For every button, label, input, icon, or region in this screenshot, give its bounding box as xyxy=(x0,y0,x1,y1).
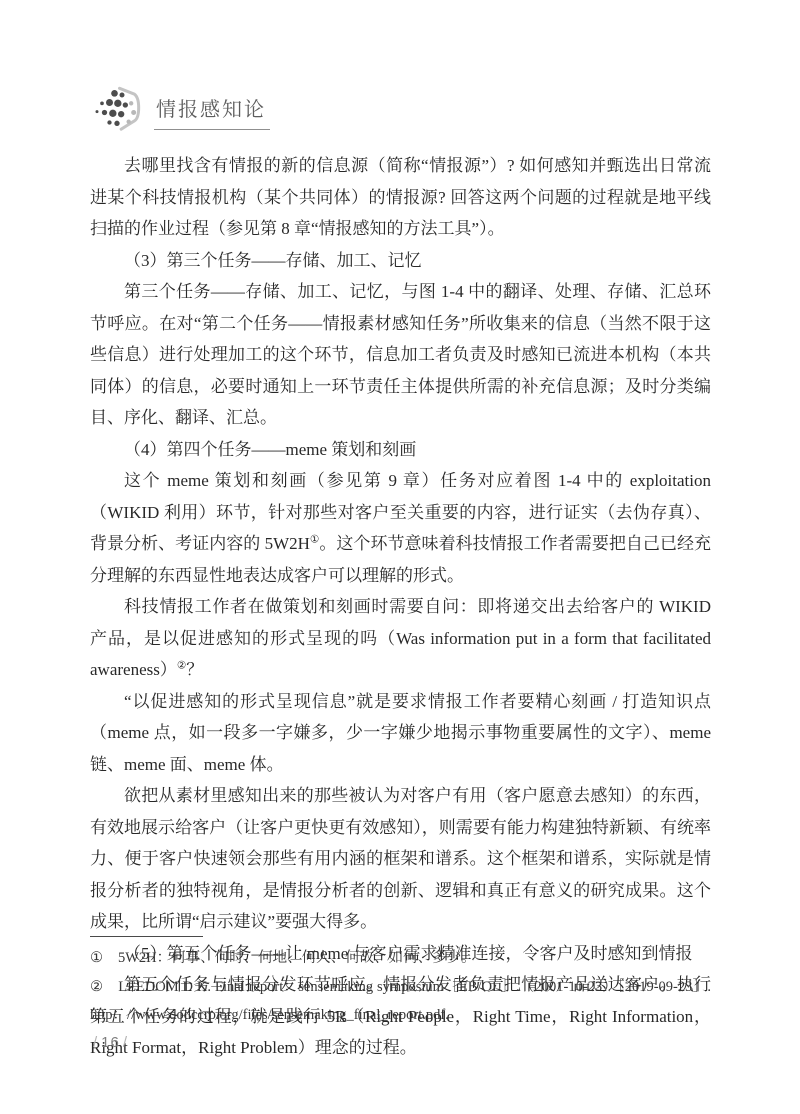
paragraph-text: ？ xyxy=(186,660,203,679)
footnote-1: ①5W2H：何事、何时、何地、何人、何故、如何、多少。 xyxy=(90,944,711,973)
footnote-divider xyxy=(90,936,203,937)
page-body: 去哪里找含有情报的新的信息源（简称“情报源”）? 如何感知并甄选出日常流进某个科… xyxy=(90,150,711,1064)
footnote-1-text: 5W2H：何事、何时、何地、何人、何故、如何、多少。 xyxy=(118,950,476,966)
page-number: /16/ xyxy=(90,1034,131,1051)
heading-text: （3）第三个任务——存储、加工、记忆 xyxy=(124,251,422,270)
page-header: 情报感知论 xyxy=(92,84,270,136)
footnote-ref-2: ② xyxy=(177,660,186,671)
footnote-2: ②LEEDOM D K. Final report：sensemaking sy… xyxy=(90,973,711,1030)
heading-task-3: （3）第三个任务——存储、加工、记忆 xyxy=(90,245,711,277)
page-number-value: 16 xyxy=(101,1034,120,1051)
paragraph-task-3-detail: 第三个任务——存储、加工、记忆，与图 1-4 中的翻译、处理、存储、汇总环节呼应… xyxy=(90,276,711,434)
paragraph-wikid-question: 科技情报工作者在做策划和刻画时需要自问：即将递交出去给客户的 WIKID 产品，… xyxy=(90,591,711,686)
paragraph-text: 第三个任务——存储、加工、记忆，与图 1-4 中的翻译、处理、存储、汇总环节呼应… xyxy=(90,282,711,427)
publisher-dots-logo-icon xyxy=(92,84,142,136)
paragraph-horizon-scanning: 去哪里找含有情报的新的信息源（简称“情报源”）? 如何感知并甄选出日常流进某个科… xyxy=(90,150,711,245)
paragraph-text: 欲把从素材里感知出来的那些被认为对客户有用（客户愿意去感知）的东西，有效地展示给… xyxy=(90,786,711,931)
paragraph-meme-point: “以促进感知的形式呈现信息”就是要求情报工作者要精心刻画 / 打造知识点（mem… xyxy=(90,686,711,781)
footnote-2-marker: ② xyxy=(90,979,103,995)
book-title: 情报感知论 xyxy=(154,91,270,130)
footnotes-section: ①5W2H：何事、何时、何地、何人、何故、如何、多少。 ②LEEDOM D K.… xyxy=(90,936,711,1030)
heading-text: （4）第四个任务——meme 策划和刻画 xyxy=(124,440,416,459)
footnote-1-marker: ① xyxy=(90,950,103,966)
page-number-slash-left: / xyxy=(93,1034,98,1051)
heading-task-4: （4）第四个任务——meme 策划和刻画 xyxy=(90,434,711,466)
page-number-slash-right: / xyxy=(123,1034,128,1051)
paragraph-text: “以促进感知的形式呈现信息”就是要求情报工作者要精心刻画 / 打造知识点（mem… xyxy=(90,692,711,774)
paragraph-text: 去哪里找含有情报的新的信息源（简称“情报源”）? 如何感知并甄选出日常流进某个科… xyxy=(90,156,711,238)
footnote-2-text: LEEDOM D K. Final report：sensemaking sym… xyxy=(90,979,711,1024)
paragraph-meme-planning: 这个 meme 策划和刻画（参见第 9 章）任务对应着图 1-4 中的 expl… xyxy=(90,465,711,591)
paragraph-framework: 欲把从素材里感知出来的那些被认为对客户有用（客户愿意去感知）的东西，有效地展示给… xyxy=(90,780,711,938)
book-page: 情报感知论 去哪里找含有情报的新的信息源（简称“情报源”）? 如何感知并甄选出日… xyxy=(0,0,800,1114)
footnote-ref-1: ① xyxy=(310,534,319,545)
